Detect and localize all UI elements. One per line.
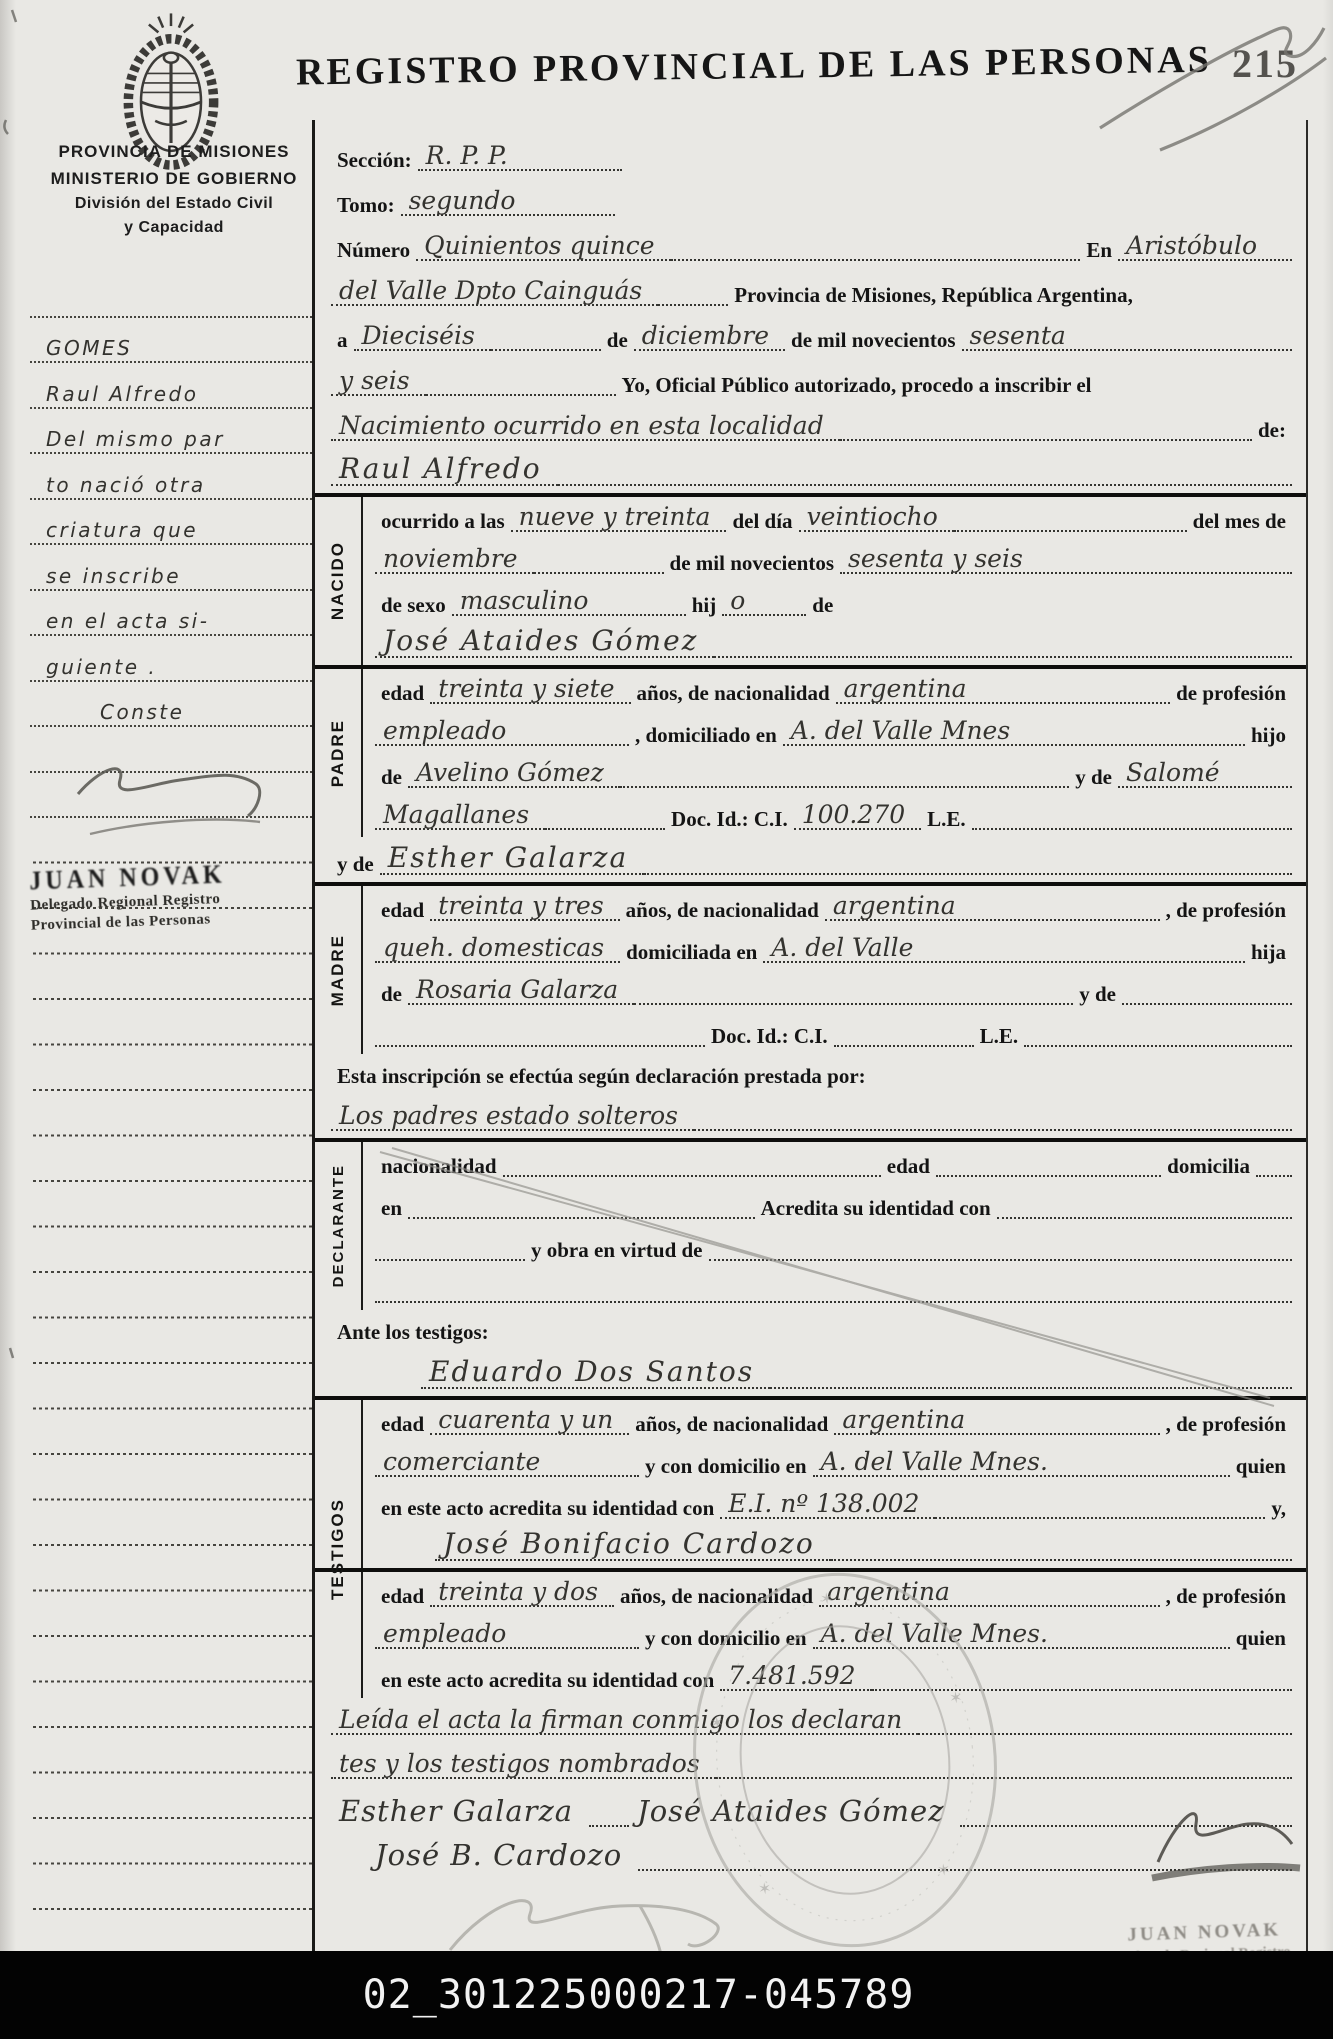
edad-label: edad	[375, 1414, 430, 1435]
section-declarante: DECLARANTE nacionalidad edad domicilia e…	[315, 1138, 1306, 1310]
agency-line: MINISTERIO DE GOBIERNO	[36, 165, 312, 192]
margin-note-conste: Conste	[30, 682, 312, 728]
tomo-row: Tomo: segundo	[315, 178, 1306, 223]
nacionalidad-value: argentina	[836, 676, 1170, 704]
fecha-row: a Dieciséis de diciembre de mil novecien…	[315, 313, 1306, 358]
padre-prof-row: empleado , domiciliado en A. del Valle M…	[363, 711, 1306, 753]
ocurrido-label: ocurrido a las	[375, 511, 511, 532]
dotted-filler	[714, 656, 1292, 658]
firma-madre: Esther Galarza	[331, 1797, 589, 1827]
en-label: En	[1080, 240, 1118, 261]
edad-label: edad	[881, 1156, 936, 1177]
mes-value: noviembre	[375, 546, 534, 574]
declarante-l2: en Acredita su identidad con	[363, 1184, 1306, 1226]
dotted-filler	[375, 1259, 525, 1261]
doc-label: Doc. Id.: C.I.	[665, 809, 794, 830]
anio-value: sesenta y seis	[840, 546, 1292, 574]
microfilm-code: 02_301225000217-045789	[363, 1972, 915, 2018]
numero-value: Quinientos quince	[416, 233, 670, 261]
agency-block: PROVINCIA DE MISIONES MINISTERIO DE GOBI…	[36, 138, 312, 240]
numero-row: Número Quinientos quince En Aristóbulo	[315, 223, 1306, 268]
profesion-value: empleado	[375, 718, 629, 746]
madre-abuelos-row: de Rosaria Galarza y de	[363, 970, 1306, 1012]
scanned-birth-certificate: REGISTRO PROVINCIAL DE LAS PERSONAS 215 …	[0, 0, 1333, 2039]
dotted-filler	[972, 828, 1292, 830]
edad-value: treinta y siete	[430, 676, 630, 704]
domicilio-label: y con domicilio en	[639, 1456, 813, 1477]
hij-value: o	[722, 588, 806, 616]
section-label-madre: MADRE	[317, 886, 359, 1054]
svg-text:✶: ✶	[948, 1687, 963, 1707]
page-number: 215	[1232, 40, 1298, 87]
le-label: L.E.	[974, 1026, 1025, 1047]
hij-label: hij	[686, 595, 723, 616]
profesion-value: empleado	[375, 1621, 639, 1649]
dotted-filler	[375, 1301, 1292, 1303]
doc-value: 100.270	[794, 802, 921, 830]
dotted-filler	[534, 572, 664, 574]
profesion-value: comerciante	[375, 1449, 639, 1477]
dotted-filler	[770, 1387, 1292, 1389]
declaracion-label: Esta inscripción se efectúa según declar…	[331, 1066, 872, 1087]
margin-note-line: GOMES	[30, 318, 312, 364]
profesion-label: de profesión	[1170, 683, 1292, 704]
dotted-filler	[426, 394, 616, 396]
dotted-filler	[834, 1045, 974, 1047]
padre-nombre-row: José Ataides Gómez	[363, 623, 1306, 665]
dotted-filler	[658, 304, 728, 306]
scan-edge-shadow-left	[0, 0, 16, 2039]
le-label: L.E.	[921, 809, 972, 830]
round-ink-stamp: ✶✶ ✶✶ ✶	[655, 1555, 1035, 1965]
padre-edad-row: edad treinta y siete años, de nacionalid…	[363, 669, 1306, 711]
microfilm-code-bar: 02_301225000217-045789	[0, 1951, 1333, 2039]
nacionalidad-label: años, de nacionalidad	[631, 683, 836, 704]
section-nacido: NACIDO ocurrido a las nueve y treinta de…	[315, 493, 1306, 665]
svg-text:✶: ✶	[757, 1878, 772, 1898]
sexo-value: masculino	[452, 588, 686, 616]
domicilio-value: A. del Valle Mnes	[783, 718, 1245, 746]
nacionalidad-label: nacionalidad	[375, 1156, 503, 1177]
anio2-oficial-row: y seis Yo, Oficial Público autorizado, p…	[315, 358, 1306, 403]
dotted-filler	[694, 1129, 1292, 1131]
hijo-label: hijo	[1245, 725, 1292, 746]
agency-line: División del Estado Civil	[36, 192, 312, 216]
lugar-value-1: Aristóbulo	[1118, 233, 1292, 261]
en-label: en	[375, 1198, 408, 1219]
abuelo-value: Avelino Gómez	[408, 760, 620, 788]
profesion-label: , de profesión	[1160, 900, 1292, 921]
agency-line: y Capacidad	[36, 216, 312, 240]
seccion-row: Sección: R. P. P.	[315, 120, 1306, 178]
obra-label: y obra en virtud de	[525, 1240, 709, 1261]
tomo-value: segundo	[401, 188, 615, 216]
abuela2-value: Magallanes	[375, 802, 545, 830]
official-signature-scrawl	[60, 750, 280, 870]
edad-value: cuarenta y un	[430, 1407, 629, 1435]
madre-edad-row: edad treinta y tres años, de nacionalida…	[363, 886, 1306, 928]
de-label: de	[601, 330, 634, 351]
madre-doc-row: Doc. Id.: C.I. L.E.	[363, 1012, 1306, 1054]
quien-label: quien	[1230, 1456, 1292, 1477]
nacionalidad-label: años, de nacionalidad	[629, 1414, 834, 1435]
edad-label: edad	[375, 683, 430, 704]
provincia-label: Provincia de Misiones, República Argenti…	[728, 285, 1139, 306]
acto-value: Nacimiento ocurrido en esta localidad	[331, 413, 840, 441]
de2-label: de:	[1252, 420, 1292, 441]
anio-value: sesenta	[962, 323, 1292, 351]
seccion-label: Sección:	[331, 150, 418, 171]
dotted-filler	[671, 259, 1081, 261]
testigos-intro-row: Ante los testigos:	[315, 1310, 1306, 1350]
domicilio-value: A. del Valle	[763, 935, 1245, 963]
acto-row: Nacimiento ocurrido en esta localidad de…	[315, 403, 1306, 448]
testigo1-dom-row: comerciante y con domicilio en A. del Va…	[363, 1442, 1306, 1484]
madre-prof-row: queh. domesticas domiciliada en A. del V…	[363, 928, 1306, 970]
margin-official-stamp: JUAN NOVAK Delegado Regional Registro Pr…	[29, 859, 301, 935]
dotted-filler	[408, 1217, 755, 1219]
de-label: de	[375, 984, 408, 1005]
profesion-label: , de profesión	[1160, 1414, 1292, 1435]
hija-label: hija	[1245, 942, 1292, 963]
tomo-label: Tomo:	[331, 195, 401, 216]
margin-note-line: guiente .	[30, 636, 312, 682]
testigos-label: Ante los testigos:	[331, 1322, 495, 1343]
section-label-padre: PADRE	[317, 669, 359, 837]
de-label: de	[806, 595, 839, 616]
madre-nombre-row: y de Esther Galarza	[315, 837, 1306, 882]
de-label: de	[375, 767, 408, 788]
doc-value: E.I. nº 138.002	[720, 1491, 935, 1519]
testigo1-doc-row: en este acto acredita su identidad con E…	[363, 1484, 1306, 1526]
yde-label: y de	[331, 854, 380, 875]
declaracion-intro-row: Esta inscripción se efectúa según declar…	[315, 1054, 1306, 1094]
padre-abuelos-row: de Avelino Gómez y de Salomé	[363, 753, 1306, 795]
edad-value: treinta y tres	[430, 893, 619, 921]
domicilia-label: domicilia	[1161, 1156, 1256, 1177]
edad-label: edad	[375, 900, 430, 921]
declaracion-valor-row: Los padres estado solteros	[315, 1094, 1306, 1138]
abuela-value: Rosaria Galarza	[408, 977, 634, 1005]
agency-line: PROVINCIA DE MISIONES	[36, 138, 312, 165]
dotted-filler	[935, 1517, 1265, 1519]
edad-value: treinta y dos	[430, 1579, 614, 1607]
dotted-filler	[558, 484, 1292, 486]
oficial-label: Yo, Oficial Público autorizado, procedo …	[616, 375, 1098, 396]
svg-text:✶: ✶	[936, 1860, 951, 1880]
dotted-filler	[936, 1175, 1161, 1177]
acredita-label: en este acto acredita su identidad con	[375, 1498, 720, 1519]
yde-label: y de	[1069, 767, 1118, 788]
nacionalidad-value: argentina	[834, 1407, 1159, 1435]
dotted-filler	[997, 1217, 1292, 1219]
svg-text:✶: ✶	[709, 1713, 724, 1733]
dotted-filler	[491, 349, 601, 351]
margin-note-line: to nació otra	[30, 454, 312, 500]
margin-note-line: Del mismo par	[30, 409, 312, 455]
dotted-filler	[1256, 1175, 1292, 1177]
declarante-l3: y obra en virtud de	[363, 1226, 1306, 1268]
margin-note-line: criatura que	[30, 500, 312, 546]
seccion-value: R. P. P.	[418, 143, 622, 171]
y-label: y,	[1265, 1498, 1292, 1519]
section-madre: MADRE edad treinta y tres años, de nacio…	[315, 882, 1306, 1054]
section-label-testigos: TESTIGOS	[317, 1400, 359, 1698]
sexo-label: de sexo	[375, 595, 452, 616]
padre-doc-row: Magallanes Doc. Id.: C.I. 100.270 L.E.	[363, 795, 1306, 837]
mes-label: del mes de	[1187, 511, 1292, 532]
firma-testigo2: José B. Cardozo	[367, 1841, 638, 1871]
inscripto-row: Raul Alfredo	[315, 448, 1306, 493]
dotted-filler	[954, 530, 1187, 532]
page-title: REGISTRO PROVINCIAL DE LAS PERSONAS	[296, 38, 1227, 95]
padre-nombre: José Ataides Gómez	[375, 627, 714, 658]
nacido-mes-row: noviembre de mil novecientos sesenta y s…	[363, 539, 1306, 581]
dotted-filler	[620, 786, 1070, 788]
dia-label: del día	[726, 511, 798, 532]
dotted-filler	[634, 1003, 1073, 1005]
dotted-filler	[545, 828, 665, 830]
inscripto-nombre: Raul Alfredo	[331, 455, 558, 486]
mes-value: diciembre	[634, 323, 785, 351]
profesion-value: queh. domesticas	[375, 935, 620, 963]
nacionalidad-label: años, de nacionalidad	[620, 900, 825, 921]
nacido-hora-row: ocurrido a las nueve y treinta del día v…	[363, 497, 1306, 539]
acredita-label: Acredita su identidad con	[755, 1198, 997, 1219]
dotted-filler	[840, 439, 1252, 441]
dotted-filler	[589, 1825, 629, 1827]
dotted-filler	[503, 1175, 881, 1177]
domicilio-label: domiciliada en	[620, 942, 763, 963]
section-label-nacido: NACIDO	[317, 497, 359, 665]
declarante-l4	[363, 1268, 1306, 1310]
declaracion-value: Los padres estado solteros	[331, 1103, 694, 1131]
madre-nombre: Esther Galarza	[380, 844, 645, 875]
testigo1-edad-row: edad cuarenta y un años, de nacionalidad…	[363, 1400, 1306, 1442]
lugar-row: del Valle Dpto Cainguás Provincia de Mis…	[315, 268, 1306, 313]
abuela-value: Salomé	[1118, 760, 1292, 788]
dotted-filler	[1122, 1003, 1292, 1005]
margin-note-line: Raul Alfredo	[30, 363, 312, 409]
margin-ruled-lines	[30, 818, 312, 1955]
scan-edge-shadow-right	[1323, 0, 1333, 2039]
testigo1-nombre: Eduardo Dos Santos	[421, 1358, 770, 1389]
dianum-value: veintiocho	[799, 504, 954, 532]
dotted-filler	[644, 873, 1292, 875]
svg-text:✶: ✶	[819, 1588, 834, 1608]
margin-note-column: GOMES Raul Alfredo Del mismo par to naci…	[30, 272, 312, 1955]
profesion-label: , de profesión	[1160, 1586, 1292, 1607]
nacionalidad-value: argentina	[825, 893, 1160, 921]
a-label: a	[331, 330, 354, 351]
dotted-filler	[1024, 1045, 1292, 1047]
anio2-value: y seis	[331, 368, 426, 396]
margin-note-line: se inscribe	[30, 545, 312, 591]
testigo1-nombre-row: Eduardo Dos Santos	[315, 1350, 1306, 1396]
section-label-declarante: DECLARANTE	[317, 1142, 359, 1310]
quien-label: quien	[1230, 1628, 1292, 1649]
dotted-filler	[375, 1045, 705, 1047]
doc-label: Doc. Id.: C.I.	[705, 1026, 834, 1047]
margin-note-line: en el acta si-	[30, 591, 312, 637]
section-padre: PADRE edad treinta y siete años, de naci…	[315, 665, 1306, 837]
edad-label: edad	[375, 1586, 430, 1607]
numero-label: Número	[331, 240, 416, 261]
dotted-filler	[709, 1259, 1292, 1261]
hora-value: nueve y treinta	[511, 504, 727, 532]
yde-label: y de	[1073, 984, 1122, 1005]
novecientos-label: de mil novecientos	[664, 553, 840, 574]
lugar-value-2: del Valle Dpto Cainguás	[331, 278, 658, 306]
novecientos-label: de mil novecientos	[785, 330, 961, 351]
domicilio-value: A. del Valle Mnes.	[813, 1449, 1230, 1477]
nacido-sexo-row: de sexo masculino hij o de	[363, 581, 1306, 623]
dia-value: Dieciséis	[354, 323, 491, 351]
declarante-l1: nacionalidad edad domicilia	[363, 1142, 1306, 1184]
margin-ruled-line	[30, 272, 312, 318]
domicilio-label: , domiciliado en	[629, 725, 783, 746]
